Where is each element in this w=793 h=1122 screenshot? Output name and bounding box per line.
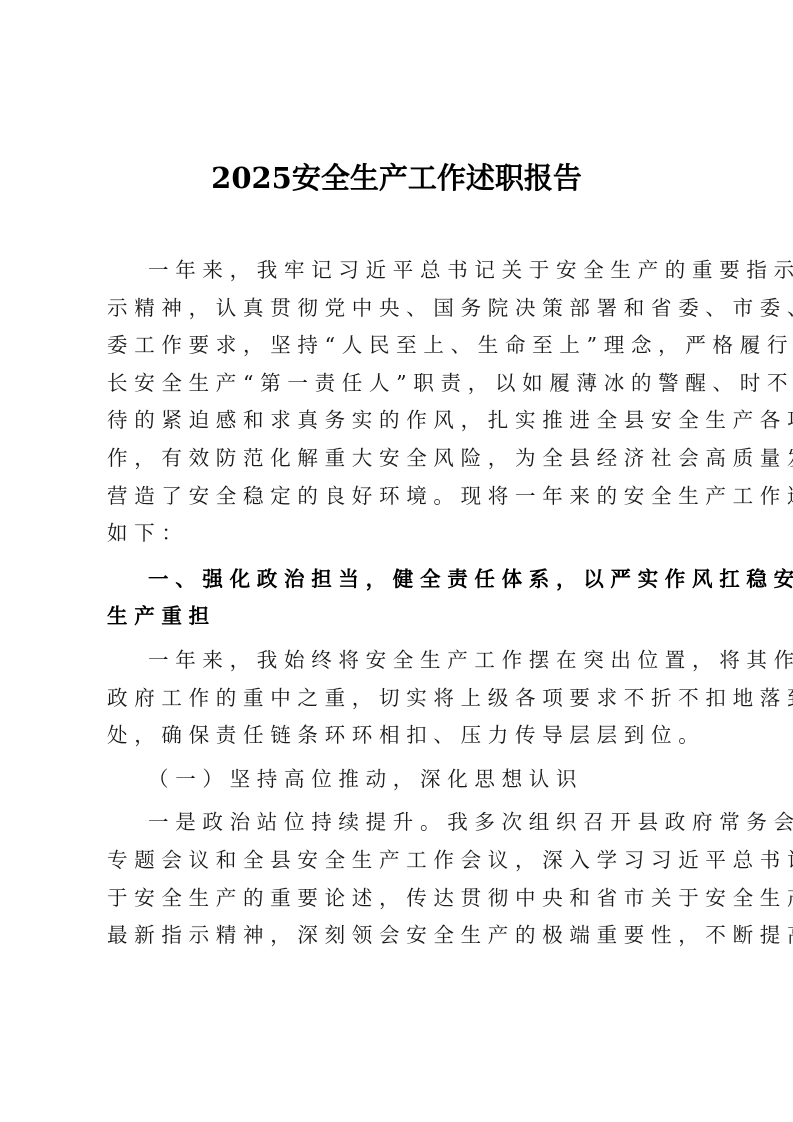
body-paragraph: 一是政治站位持续提升。我多次组织召开县政府常务会议、 专题会议和全县安全生产工作… (107, 804, 687, 954)
section-heading: 一、强化政治担当，健全责任体系，以严实作风扛稳安全 生产重担 (107, 561, 687, 636)
subsection-heading: （一）坚持高位推动，深化思想认识 (107, 761, 687, 799)
text-line: 示精神，认真贯彻党中央、国务院决策部署和省委、市委、县 (107, 290, 687, 328)
body-paragraph: 一年来，我始终将安全生产工作摆在突出位置，将其作为 政府工作的重中之重，切实将上… (107, 642, 687, 755)
text-line: 营造了安全稳定的良好环境。现将一年来的安全生产工作述职 (107, 478, 687, 516)
text-line: 于安全生产的重要论述，传达贯彻中央和省市关于安全生产的 (107, 880, 687, 918)
text-line: 作，有效防范化解重大安全风险，为全县经济社会高质量发展 (107, 440, 687, 478)
document-page: 2025安全生产工作述职报告 一年来，我牢记习近平总书记关于安全生产的重要指示批… (0, 0, 793, 1122)
heading-line: 一、强化政治担当，健全责任体系，以严实作风扛稳安全 (107, 561, 687, 599)
text-line: 如下： (107, 515, 687, 553)
text-line: 最新指示精神，深刻领会安全生产的极端重要性，不断提高政 (107, 917, 687, 955)
text-line: 处，确保责任链条环环相扣、压力传导层层到位。 (107, 717, 687, 755)
text-line: 委工作要求，坚持“人民至上、生命至上”理念，严格履行县 (107, 327, 687, 365)
text-line: 待的紧迫感和求真务实的作风，扎实推进全县安全生产各项工 (107, 402, 687, 440)
spacer (107, 553, 687, 561)
text-line: 政府工作的重中之重，切实将上级各项要求不折不扣地落到实 (107, 680, 687, 718)
heading-line: 生产重担 (107, 598, 687, 636)
text-line: 一年来，我牢记习近平总书记关于安全生产的重要指示批 (107, 252, 687, 290)
intro-paragraph: 一年来，我牢记习近平总书记关于安全生产的重要指示批 示精神，认真贯彻党中央、国务… (107, 252, 687, 553)
document-title: 2025安全生产工作述职报告 (0, 158, 793, 198)
document-body: 一年来，我牢记习近平总书记关于安全生产的重要指示批 示精神，认真贯彻党中央、国务… (107, 252, 687, 955)
text-line: 一是政治站位持续提升。我多次组织召开县政府常务会议、 (107, 804, 687, 842)
subheading-line: （一）坚持高位推动，深化思想认识 (107, 761, 687, 799)
text-line: 专题会议和全县安全生产工作会议，深入学习习近平总书记关 (107, 842, 687, 880)
text-line: 一年来，我始终将安全生产工作摆在突出位置，将其作为 (107, 642, 687, 680)
text-line: 长安全生产“第一责任人”职责，以如履薄冰的警醒、时不我 (107, 365, 687, 403)
